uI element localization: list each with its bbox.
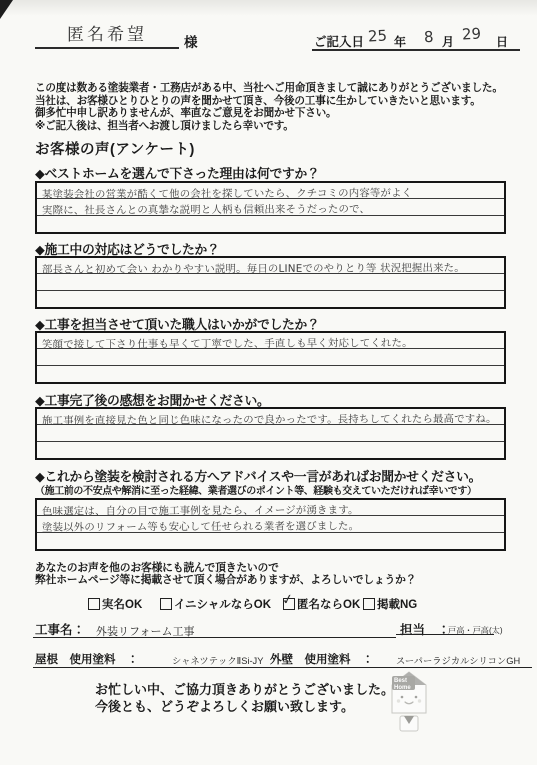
answer-row: [37, 216, 504, 232]
question-5-note: （施工前の不安点や解消に至った経緯、業者選びのポイント等、経験も交えていただけれ…: [35, 482, 477, 497]
handwritten-answer: 某塗装会社の営業が酷くて他の会社を探していたら、クチコミの内容等がよく: [42, 184, 412, 199]
consent-text-line: 弊社ホームページ等に掲載させて頂く場合がありますが、よろしいでしょうか？: [35, 572, 416, 587]
answer-row: 笑顔で接して下さり仕事も早くて丁寧でした、手直しも早く対応してくれた。: [37, 333, 504, 349]
answer-row: [37, 291, 504, 307]
intro-line: この度は数ある塗装業者・工務店がある中、当社へご用命頂きまして誠にありがとうござ…: [35, 82, 535, 95]
checkbox-square: ✓: [283, 598, 295, 610]
recipient-name-field: 匿名希望: [35, 20, 179, 49]
answer-row: 施工事例を直接見た色と同じ色味になったので良かったです。長持ちしてくれたら最高で…: [37, 409, 504, 425]
answer-row: 塗装以外のリフォーム等も安心して任せられる業者を選びました。: [37, 516, 504, 532]
answer-row: 色味選定は、自分の目で施工事例を見たら、イメージが湧きます。: [37, 500, 504, 516]
answer-row: [37, 274, 504, 290]
closing-line: 今後とも、どうぞよろしくお願い致します。: [95, 699, 394, 716]
recipient-name: 匿名希望: [67, 25, 147, 44]
checkbox-square: [160, 598, 172, 610]
checkbox-label: 匿名ならOK: [297, 596, 360, 612]
answer-row: [37, 349, 504, 365]
roof-paint-label: 屋根 使用塗料 ：: [35, 651, 139, 667]
date-day-handwritten: 29: [462, 25, 482, 44]
intro-line: ※ご記入後は、担当者へお渡し頂けましたら幸いです。: [35, 120, 535, 133]
intro-line: 当社は、お客様ひとりひとりの声を聞かせて頂き、今後の工事に生かしていきたいと思い…: [35, 95, 535, 108]
answer-row: [37, 533, 504, 549]
date-year-unit: 年: [394, 33, 406, 50]
checkbox-option-no-publish[interactable]: 掲載NG: [363, 596, 417, 612]
date-month-unit: 月: [442, 33, 454, 50]
checkbox-label: 掲載NG: [377, 596, 417, 612]
logo-text-home: Home: [394, 685, 411, 691]
fill-date-field: ご記入日 25 年 8 月 29 日: [312, 24, 520, 51]
project-name-label: 工事名：: [35, 620, 85, 638]
question-2-answer-box: 部長さんと初めて会い わかりやすい説明。毎日のLINEでのやりとり等 状況把握出…: [35, 256, 506, 309]
staff-label: 担当 ：: [400, 620, 450, 638]
project-underline: [33, 637, 396, 638]
checkbox-option-realname-ok[interactable]: 実名OK: [88, 596, 142, 612]
honorific-label: 様: [184, 31, 198, 51]
question-3-answer-box: 笑顔で接して下さり仕事も早くて丁寧でした、手直しも早く対応してくれた。: [35, 331, 506, 384]
logo-text-best: Best: [394, 678, 407, 684]
section-title: お客様の声(アンケート): [35, 138, 195, 159]
checkbox-label: 実名OK: [102, 596, 142, 612]
materials-underline: [33, 667, 532, 668]
handwritten-answer: 部長さんと初めて会い わかりやすい説明。毎日のLINEでのやりとり等 状況把握出…: [42, 259, 465, 274]
handwritten-answer: 施工事例を直接見た色と同じ色味になったので良かったです。長持ちしてくれたら最高で…: [42, 410, 497, 425]
handwritten-answer: 塗装以外のリフォーム等も安心して任せられる業者を選びました。: [42, 518, 359, 533]
answer-row: 部長さんと初めて会い わかりやすい説明。毎日のLINEでのやりとり等 状況把握出…: [37, 258, 504, 274]
intro-paragraph: この度は数ある塗装業者・工務店がある中、当社へご用命頂きまして誠にありがとうござ…: [35, 82, 535, 133]
staff-underline: [396, 634, 494, 635]
answer-row: 某塗装会社の営業が酷くて他の会社を探していたら、クチコミの内容等がよく: [37, 183, 504, 199]
checkbox-option-anonymous-ok[interactable]: ✓ 匿名ならOK: [283, 596, 360, 612]
answer-row: 実際に、社長さんとの真摯な説明と人柄も信頼出来そうだったので、: [37, 199, 504, 215]
date-day-unit: 日: [496, 33, 508, 50]
check-mark-icon: ✓: [281, 591, 295, 609]
wall-paint-label: 外壁 使用塗料 ：: [270, 651, 374, 667]
question-1-label: ◆ベストホームを選んで下さった理由は何ですか？: [35, 163, 319, 182]
answer-row: [37, 442, 504, 458]
intro-line: 御多忙中申し訳ありませんが、率直なご意見をお聞かせ下さい。: [35, 107, 535, 120]
answer-row: [37, 366, 504, 382]
checkbox-option-initial-ok[interactable]: イニシャルならOK: [160, 596, 271, 612]
roof-paint-value: シャネツテックⅡSi-JY: [172, 653, 263, 667]
handwritten-answer: 実際に、社長さんとの真摯な説明と人柄も信頼出来そうだったので、: [42, 201, 370, 216]
question-4-answer-box: 施工事例を直接見た色と同じ色味になったので良かったです。長持ちしてくれたら最高で…: [35, 407, 506, 460]
checkbox-label: イニシャルならOK: [174, 596, 271, 612]
handwritten-answer: 色味選定は、自分の目で施工事例を見たら、イメージが湧きます。: [42, 501, 359, 516]
question-5-answer-box: 色味選定は、自分の目で施工事例を見たら、イメージが湧きます。 塗装以外のリフォー…: [35, 498, 506, 551]
scan-corner-artifact: [0, 0, 13, 19]
survey-form-page: 匿名希望 様 ご記入日 25 年 8 月 29 日 この度は数ある塗装業者・工務…: [0, 0, 537, 765]
date-month-handwritten: 8: [424, 28, 434, 46]
date-year-handwritten: 25: [368, 27, 388, 46]
wall-paint-value: スーパーラジカルシリコンGH: [396, 653, 520, 667]
closing-message: お忙しい中、ご協力頂きありがとうございました。 今後とも、どうぞよろしくお願い致…: [95, 682, 394, 715]
question-1-answer-box: 某塗装会社の営業が酷くて他の会社を探していたら、クチコミの内容等がよく 実際に、…: [35, 181, 506, 234]
closing-line: お忙しい中、ご協力頂きありがとうございました。: [95, 682, 394, 699]
checkbox-square: [363, 598, 375, 610]
best-home-mascot-logo: Best Home: [387, 668, 431, 740]
handwritten-answer: 笑顔で接して下さり仕事も早くて丁寧でした、手直しも早く対応してくれた。: [42, 334, 413, 349]
date-label: ご記入日: [314, 32, 364, 50]
checkbox-square: [88, 598, 100, 610]
answer-row: [37, 425, 504, 441]
